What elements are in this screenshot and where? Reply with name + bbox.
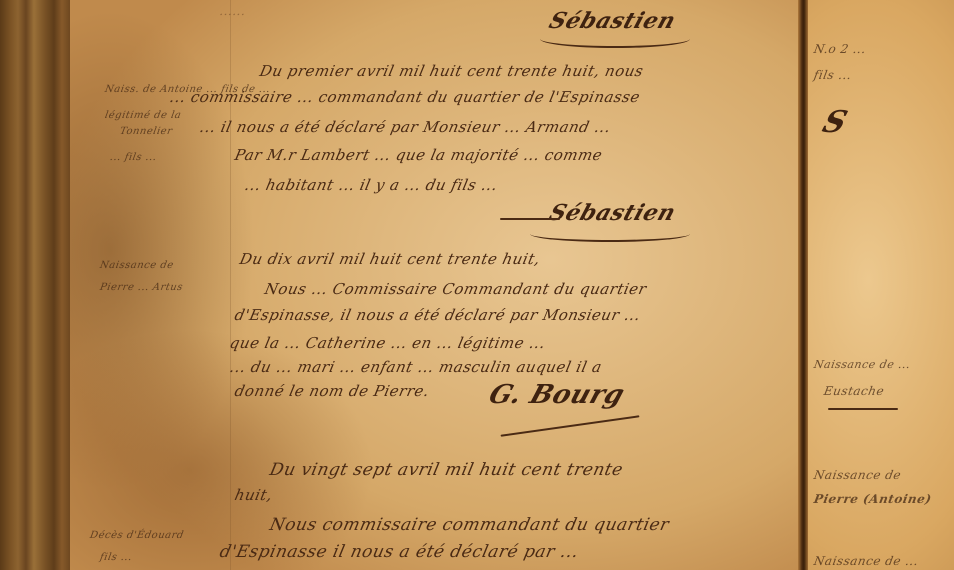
entry-line: Du premier avril mil huit cent trente hu… xyxy=(258,62,645,80)
entry-line: d'Espinasse, il nous a été déclaré par M… xyxy=(233,306,642,324)
entry-line: Nous commissaire commandant du quartier xyxy=(268,515,671,535)
right-page: N.o 2 ... fils ... S Naissance de ... Eu… xyxy=(808,0,954,570)
entry-line: ... il nous a été déclaré par Monsieur .… xyxy=(198,118,612,136)
entry-line: ... habitant ... il y a ... du fils ... xyxy=(243,176,499,194)
entry-line: Du dix avril mil huit cent trente huit, xyxy=(238,250,542,268)
margin-note: Pierre (Antoine) xyxy=(813,492,933,506)
margin-note: Naissance de ... xyxy=(813,554,920,568)
margin-note: Tonnelier xyxy=(119,126,173,137)
entry-line: Du vingt sept avril mil huit cent trente xyxy=(268,460,625,480)
top-faint-line: ...... xyxy=(219,4,248,18)
note-underline xyxy=(828,408,898,410)
entry-line: huit, xyxy=(233,486,274,504)
entry-line: Par M.r Lambert ... que la majorité ... … xyxy=(233,146,604,164)
page-gutter xyxy=(798,0,808,570)
margin-note: N.o 2 ... xyxy=(813,42,867,56)
margin-note: fils ... xyxy=(99,552,133,563)
document-photo: ...... Naiss. de Antoine ... fils de ...… xyxy=(0,0,954,570)
margin-note: Décès d'Édouard xyxy=(89,530,185,541)
signature-flourish xyxy=(540,30,690,48)
margin-note: ... fils ... xyxy=(109,152,158,163)
margin-note: Naissance de ... xyxy=(813,358,912,371)
margin-note: Eustache xyxy=(823,384,886,398)
margin-note: fils ... xyxy=(813,68,853,82)
margin-note: Pierre ... Artus xyxy=(99,282,184,293)
signature-flourish xyxy=(530,226,690,242)
entry-line: ... du ... mari ... enfant ... masculin … xyxy=(228,358,604,376)
signature-underline xyxy=(500,218,560,220)
entry-line: que la ... Catherine ... en ... légitime… xyxy=(228,334,547,352)
initial-mark: S xyxy=(818,105,852,140)
entry-line: ... commissaire ... commandant du quarti… xyxy=(168,88,642,106)
closing-signature: G. Bourg xyxy=(485,380,628,410)
entry-line: d'Espinasse il nous a été déclaré par ..… xyxy=(218,542,581,562)
signature-underline xyxy=(501,415,640,436)
margin-note: Naissance de xyxy=(99,260,175,271)
margin-note: légitimé de la xyxy=(104,110,182,121)
signature: Sébastien xyxy=(546,200,679,226)
book-binding xyxy=(0,0,70,570)
entry-line: donné le nom de Pierre. xyxy=(233,382,431,400)
margin-note: Naissance de xyxy=(813,468,903,482)
entry-line: Nous ... Commissaire Commandant du quart… xyxy=(263,280,648,298)
left-page: ...... Naiss. de Antoine ... fils de ...… xyxy=(70,0,798,570)
